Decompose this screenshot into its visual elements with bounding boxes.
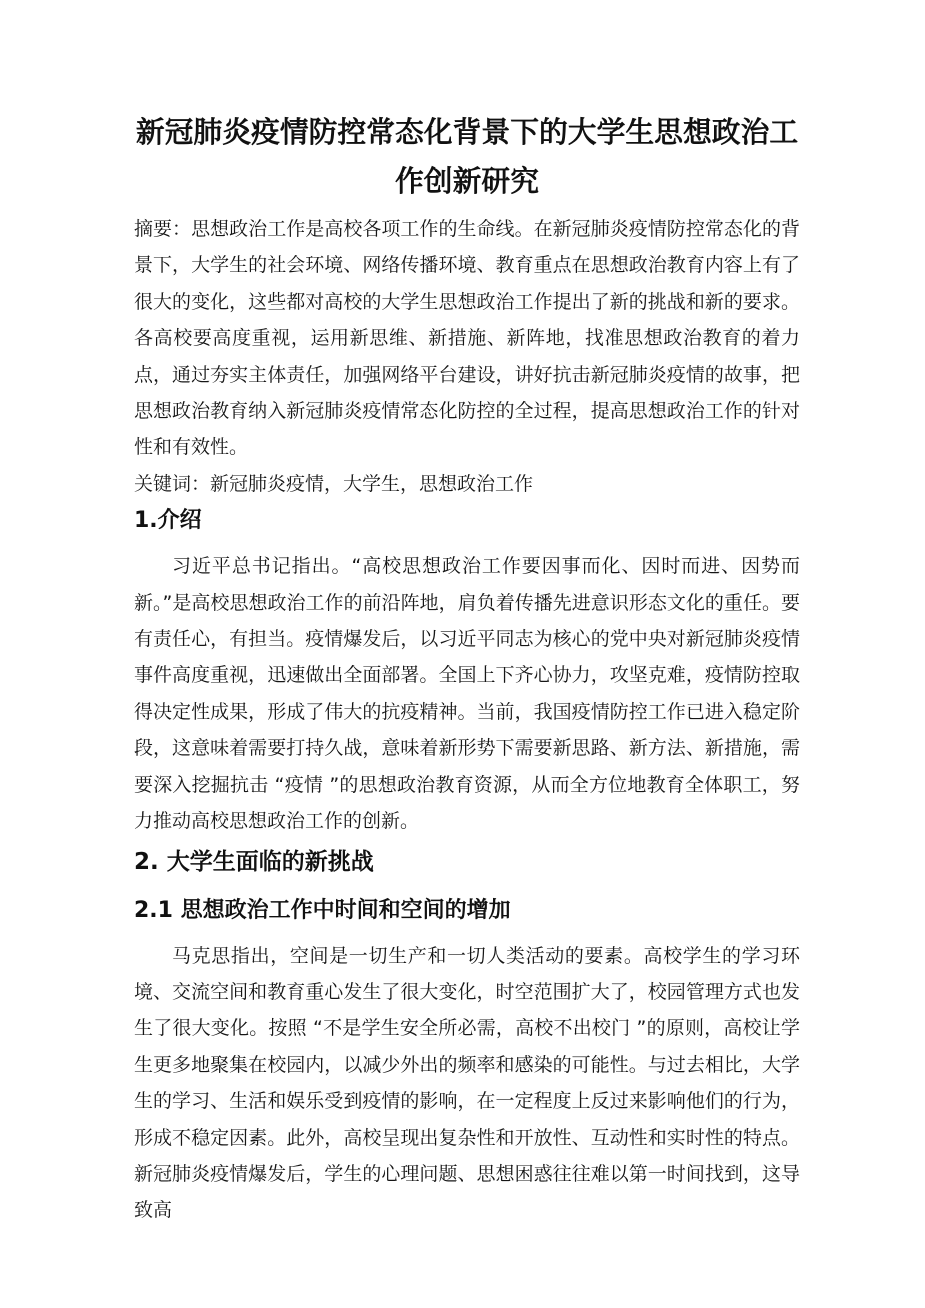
section-1-paragraph: 习近平总书记指出。“高校思想政治工作要因事而化、因时而进、因势而新。”是高校思想… [134,548,800,839]
section-1-heading: 1.介绍 [134,506,800,536]
keywords-line: 关键词：新冠肺炎疫情，大学生，思想政治工作 [134,466,800,502]
section-2-1-heading: 2.1 思想政治工作中时间和空间的增加 [134,896,800,926]
document-content: 新冠肺炎疫情防控常态化背景下的大学生思想政治工作创新研究 摘要：思想政治工作是高… [0,108,925,1229]
section-2-heading: 2. 大学生面临的新挑战 [134,847,800,877]
document-title: 新冠肺炎疫情防控常态化背景下的大学生思想政治工作创新研究 [134,108,800,206]
abstract-paragraph: 摘要：思想政治工作是高校各项工作的生命线。在新冠肺炎疫情防控常态化的背景下，大学… [134,211,800,466]
section-2-1-paragraph: 马克思指出，空间是一切生产和一切人类活动的要素。高校学生的学习环境、交流空间和教… [134,938,800,1229]
document-page: 新冠肺炎疫情防控常态化背景下的大学生思想政治工作创新研究 摘要：思想政治工作是高… [0,0,925,1308]
